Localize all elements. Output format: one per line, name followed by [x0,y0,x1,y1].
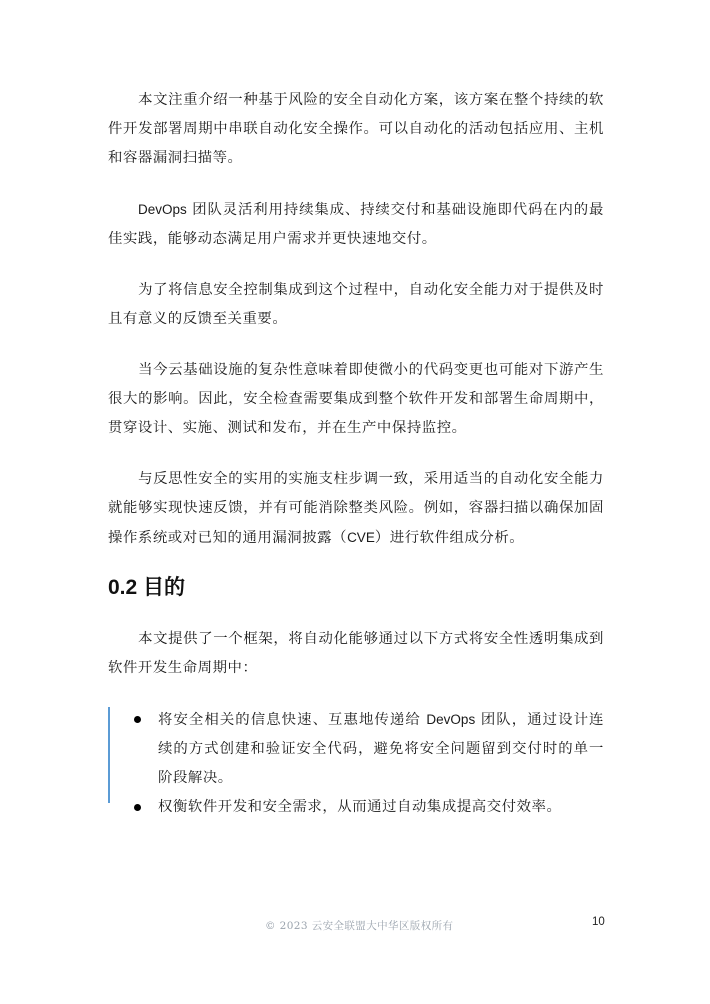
paragraph-devops: DevOps 团队灵活利用持续集成、持续交付和基础设施即代码在内的最佳实践，能够… [108,195,604,254]
purpose-list: 将安全相关的信息快速、互惠地传递给 DevOps 团队，通过设计连续的方式创建和… [134,705,604,822]
list-item: 将安全相关的信息快速、互惠地传递给 DevOps 团队，通过设计连续的方式创建和… [134,705,604,793]
page-number: 10 [592,916,605,928]
document-page: 本文注重介绍一种基于风险的安全自动化方案，该方案在整个持续的软件开发部署周期中串… [108,86,604,822]
bullet-icon [134,716,141,723]
purpose-list-block: 将安全相关的信息快速、互惠地传递给 DevOps 团队，通过设计连续的方式创建和… [108,705,604,822]
paragraph-text: 本文提供了一个框架，将自动化能够通过以下方式将安全性透明集成到软件开发生命周期中… [108,631,604,676]
section-intro: 本文提供了一个框架，将自动化能够通过以下方式将安全性透明集成到软件开发生命周期中… [108,625,604,683]
devops-term: DevOps [426,712,475,727]
bullet-icon [134,804,141,811]
section-heading: 0.2 目的 [108,575,604,601]
footer-copyright: © 2023 云安全联盟大中华区版权所有 [265,918,453,933]
paragraph-text: 为了将信息安全控制集成到这个过程中，自动化安全能力对于提供及时且有意义的反馈至关… [108,282,604,327]
list-item-text: 权衡软件开发和安全需求，从而通过自动集成提高交付效率。 [158,799,561,815]
paragraph-text: 本文注重介绍一种基于风险的安全自动化方案，该方案在整个持续的软件开发部署周期中串… [108,92,604,166]
paragraph-intro: 本文注重介绍一种基于风险的安全自动化方案，该方案在整个持续的软件开发部署周期中串… [108,86,604,173]
paragraph-feedback: 为了将信息安全控制集成到这个过程中，自动化安全能力对于提供及时且有意义的反馈至关… [108,276,604,334]
list-item-text: 将安全相关的信息快速、互惠地传递给 [158,712,426,728]
paragraph-reflective-security: 与反思性安全的实用的实施支柱步调一致，采用适当的自动化安全能力就能够实现快速反馈… [108,465,604,553]
devops-term: DevOps [138,202,187,217]
paragraph-text: 当今云基础设施的复杂性意味着即使微小的代码变更也可能对下游产生很大的影响。因此，… [108,362,604,436]
cve-term: CVE [347,530,375,545]
quote-bar [108,707,110,803]
list-item: 权衡软件开发和安全需求，从而通过自动集成提高交付效率。 [134,793,604,822]
paragraph-text: ）进行软件组成分析。 [375,530,524,546]
paragraph-cloud-complexity: 当今云基础设施的复杂性意味着即使微小的代码变更也可能对下游产生很大的影响。因此，… [108,356,604,443]
